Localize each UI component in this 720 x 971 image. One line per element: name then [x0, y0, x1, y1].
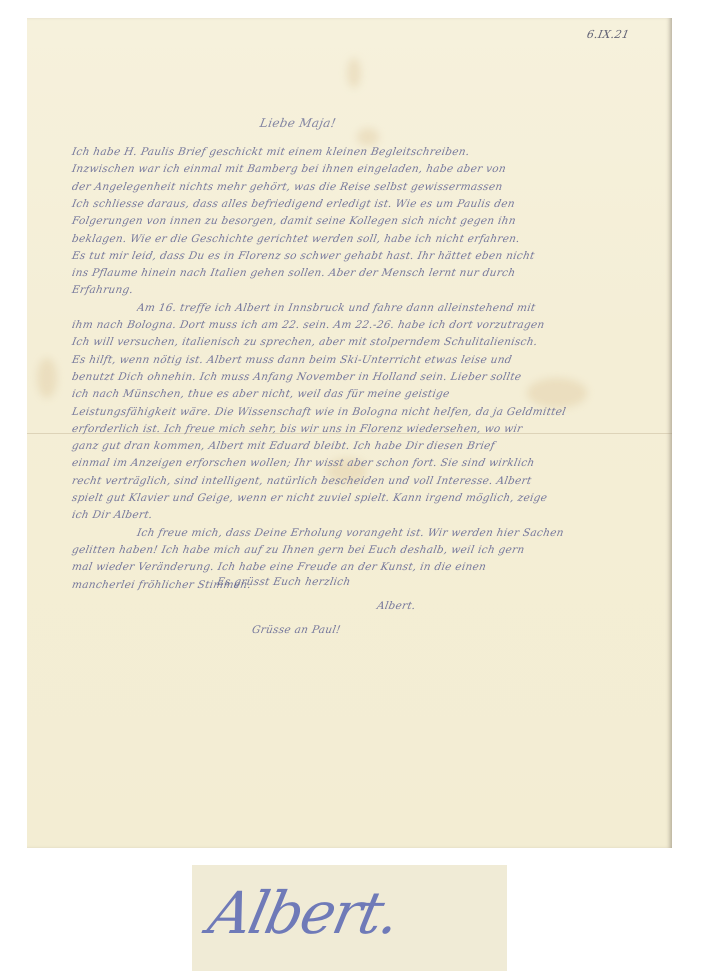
- letter-line: spielt gut Klavier und Geige, wenn er ni…: [71, 492, 663, 504]
- signature-detail-crop: Albert.: [192, 865, 507, 971]
- letter-line: Folgerungen von innen zu besorgen, damit…: [71, 215, 663, 227]
- letter-line: ihm nach Bologna. Dort muss ich am 22. s…: [71, 319, 663, 331]
- letter-line: recht verträglich, sind intelligent, nat…: [71, 475, 663, 487]
- letter-line: ich Dir Albert.: [71, 509, 663, 521]
- letter-line: Erfahrung.: [71, 284, 663, 296]
- letter-line: ich nach Münschen, thue es aber nicht, w…: [71, 388, 663, 400]
- letter-closing: Es grüsst Euch herzlich: [216, 576, 352, 588]
- letter-page: 6.IX.21 Liebe Maja! Ich habe H. Paulis B…: [27, 18, 672, 848]
- letter-line: der Angelegenheit nichts mehr gehört, wa…: [71, 181, 663, 193]
- letter-line: Ich schliesse daraus, dass alles befried…: [71, 198, 663, 210]
- letter-line: gelitten haben! Ich habe mich auf zu Ihn…: [71, 544, 663, 556]
- paper-stain: [347, 58, 361, 88]
- signature-detail-text: Albert.: [203, 879, 405, 947]
- letter-line: Am 16. treffe ich Albert in Innsbruck un…: [136, 302, 663, 314]
- letter-salutation: Liebe Maja!: [259, 116, 337, 130]
- paper-stain: [37, 358, 57, 398]
- letter-line: beklagen. Wie er die Geschichte gerichte…: [71, 233, 663, 245]
- letter-line: mal wieder Veränderung. Ich habe eine Fr…: [71, 561, 663, 573]
- paper-stain: [357, 128, 379, 146]
- letter-line: Leistungsfähigkeit wäre. Die Wissenschaf…: [71, 406, 663, 418]
- letter-line: ins Pflaume hinein nach Italien gehen so…: [71, 267, 663, 279]
- letter-line: Ich freue mich, dass Deine Erholung vora…: [136, 527, 663, 539]
- letter-line: Ich will versuchen, italienisch zu sprec…: [71, 336, 663, 348]
- letter-line: Inzwischen war ich einmal mit Bamberg be…: [71, 163, 663, 175]
- letter-line: erforderlich ist. Ich freue mich sehr, b…: [71, 423, 663, 435]
- letter-line: Es hilft, wenn nötig ist. Albert muss da…: [71, 354, 663, 366]
- letter-date: 6.IX.21: [586, 28, 631, 41]
- letter-signature: Albert.: [376, 600, 417, 612]
- letter-line: mancherlei fröhlicher Stimmen.: [71, 579, 663, 591]
- letter-line: Es tut mir leid, dass Du es in Florenz s…: [71, 250, 663, 262]
- letter-line: einmal im Anzeigen erforschen wollen; Ih…: [71, 457, 663, 469]
- letter-line: benutzt Dich ohnehin. Ich muss Anfang No…: [71, 371, 663, 383]
- letter-line: ganz gut dran kommen, Albert mit Eduard …: [71, 440, 663, 452]
- letter-postscript: Grüsse an Paul!: [251, 624, 342, 636]
- letter-line: Ich habe H. Paulis Brief geschickt mit e…: [71, 146, 663, 158]
